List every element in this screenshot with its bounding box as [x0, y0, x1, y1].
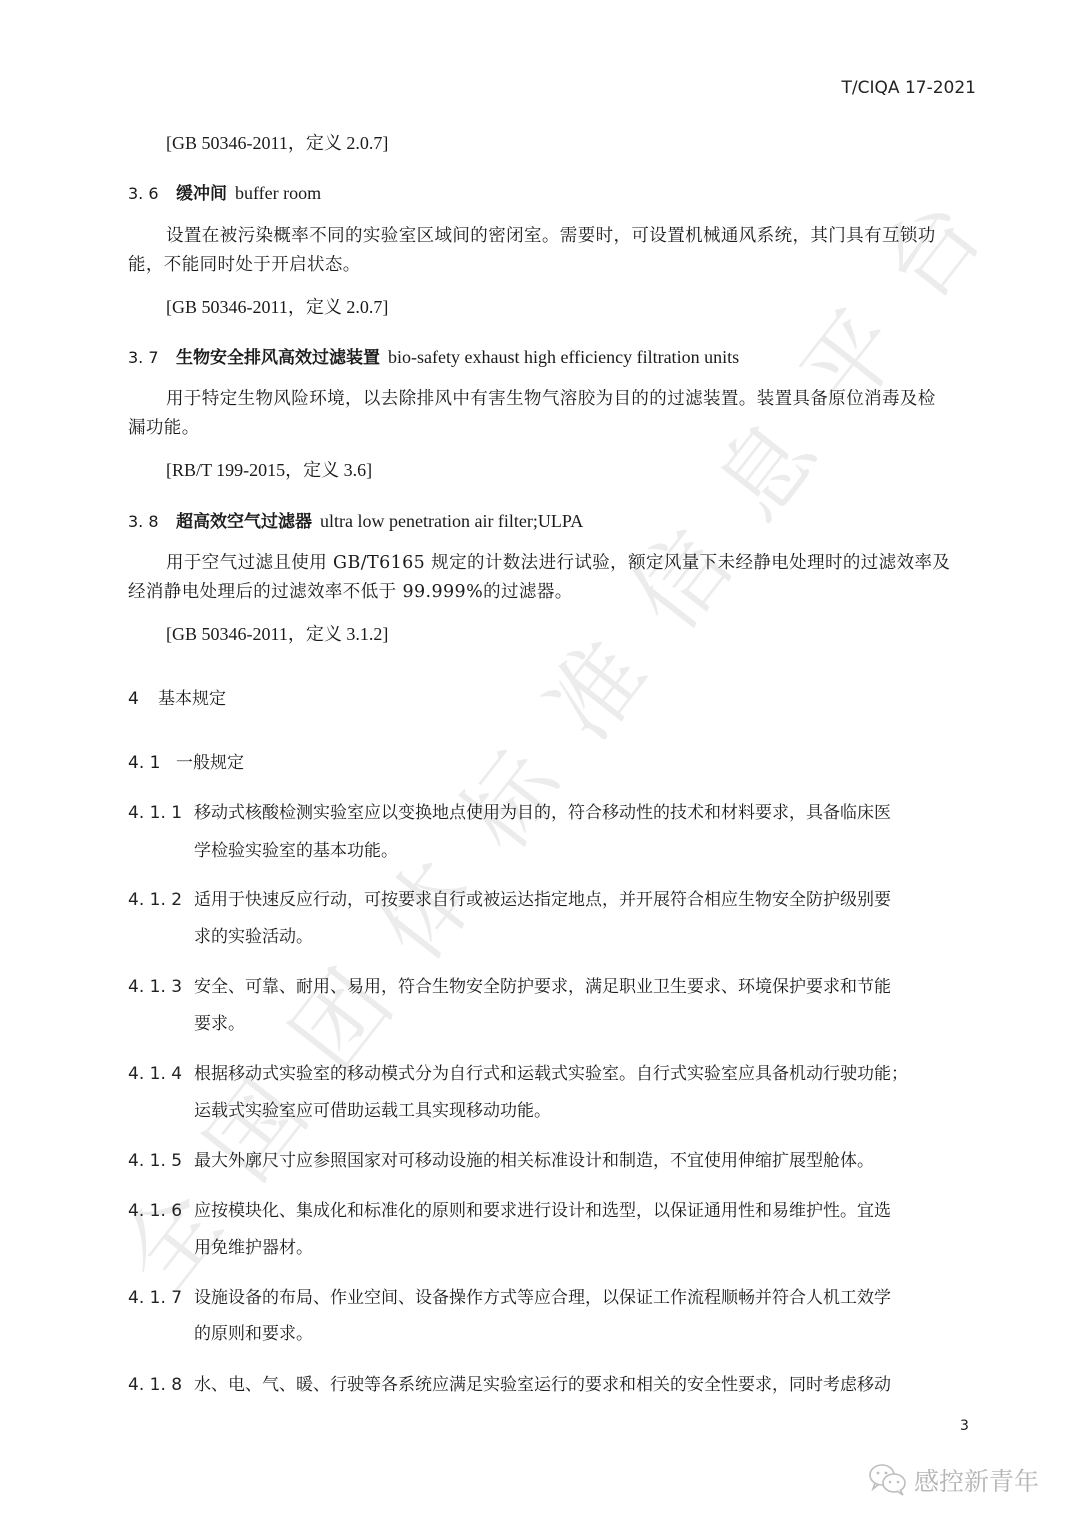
term-en: ultra low penetration air filter;ULPA: [320, 511, 583, 531]
definition-line: 用于空气过滤且使用 GB/T6165 规定的计数法进行试验，额定风量下未经静电处…: [166, 551, 950, 575]
clause-text: 应按模块化、集成化和标准化的原则和要求进行设计和选型，以保证通用性和易维护性。宜…: [194, 1201, 891, 1221]
watermark-char: 标: [426, 719, 587, 873]
clause-number: 4. 1. 8: [128, 1373, 194, 1397]
term-en: buffer room: [235, 183, 321, 203]
clause-text: 求的实验活动。: [194, 925, 313, 949]
definition-line: 经消静电处理后的过滤效率不低于 99.999%的过滤器。: [128, 580, 573, 604]
definition-line: 设置在被污染概率不同的实验室区域间的密闭室。需要时，可设置机械通风系统，其门具有…: [166, 224, 936, 248]
clause-text: 移动式核酸检测实验室应以变换地点使用为目的，符合移动性的技术和材料要求，具备临床…: [194, 803, 891, 823]
watermark-char: 准: [511, 609, 672, 763]
watermark-char: 息: [681, 389, 842, 543]
clause: 4. 1. 7设施设备的布局、作业空间、设备操作方式等应合理，以保证工作流程顺畅…: [128, 1286, 891, 1310]
clause: 4. 1. 4根据移动式实验室的移动模式分为自行式和运载式实验室。自行式实验室应…: [128, 1062, 908, 1086]
clause-text: 用免维护器材。: [194, 1236, 313, 1260]
clause-text: 的原则和要求。: [194, 1322, 313, 1346]
clause-text: 学检验实验室的基本功能。: [194, 839, 398, 863]
section-number: 4: [128, 687, 158, 711]
term-heading: 3. 8超高效空气过滤器ultra low penetration air fi…: [128, 509, 583, 534]
watermark-char: 信: [596, 499, 757, 653]
reference: [GB 50346-2011，定义 3.1.2]: [166, 622, 388, 646]
clause-text: 最大外廓尺寸应参照国家对可移动设施的相关标准设计和制造，不宜使用伸缩扩展型舱体。: [194, 1151, 874, 1171]
clause: 4. 1. 6应按模块化、集成化和标准化的原则和要求进行设计和选型，以保证通用性…: [128, 1199, 891, 1223]
clause-number: 4. 1. 1: [128, 801, 194, 825]
section-heading: 4基本规定: [128, 687, 226, 711]
clause-number: 4. 1. 6: [128, 1199, 194, 1223]
clause-number: 4. 1. 4: [128, 1062, 194, 1086]
subsection-title: 一般规定: [176, 753, 244, 773]
reference: [GB 50346-2011，定义 2.0.7]: [166, 131, 388, 155]
term-number: 3. 7: [128, 346, 176, 370]
definition-line: 用于特定生物风险环境，以去除排风中有害生物气溶胶为目的的过滤装置。装置具备原位消…: [166, 387, 936, 411]
brand-name: 感控新青年: [914, 1462, 1039, 1498]
definition-line: 漏功能。: [128, 416, 200, 440]
clause-text: 设施设备的布局、作业空间、设备操作方式等应合理，以保证工作流程顺畅并符合人机工效…: [194, 1288, 891, 1308]
term-en: bio-safety exhaust high efficiency filtr…: [388, 347, 739, 367]
clause: 4. 1. 5最大外廓尺寸应参照国家对可移动设施的相关标准设计和制造，不宜使用伸…: [128, 1149, 874, 1173]
clause: 4. 1. 2适用于快速反应行动，可按要求自行或被运达指定地点，并开展符合相应生…: [128, 888, 891, 912]
clause: 4. 1. 3安全、可靠、耐用、易用，符合生物安全防护要求，满足职业卫生要求、环…: [128, 975, 891, 999]
clause: 4. 1. 8水、电、气、暖、行驶等各系统应满足实验室运行的要求和相关的安全性要…: [128, 1373, 891, 1397]
clause-number: 4. 1. 7: [128, 1286, 194, 1310]
document-page: 全 国 团 体 标 准 信 息 平 台 T/CIQA 17-2021 [GB 5…: [0, 0, 1080, 1528]
clause-number: 4. 1. 3: [128, 975, 194, 999]
term-number: 3. 8: [128, 510, 176, 534]
definition-line: 能，不能同时处于开启状态。: [128, 253, 361, 277]
clause-text: 根据移动式实验室的移动模式分为自行式和运载式实验室。自行式实验室应具备机动行驶功…: [194, 1064, 908, 1084]
wechat-icon: [868, 1463, 908, 1497]
term-heading: 3. 7生物安全排风高效过滤装置bio-safety exhaust high …: [128, 345, 739, 370]
reference: [RB/T 199-2015，定义 3.6]: [166, 458, 372, 482]
subsection-heading: 4. 1一般规定: [128, 751, 244, 775]
term-zh: 超高效空气过滤器: [176, 512, 312, 532]
clause-text: 运载式实验室应可借助运载工具实现移动功能。: [194, 1099, 551, 1123]
clause: 4. 1. 1移动式核酸检测实验室应以变换地点使用为目的，符合移动性的技术和材料…: [128, 801, 891, 825]
clause-text: 水、电、气、暖、行驶等各系统应满足实验室运行的要求和相关的安全性要求，同时考虑移…: [194, 1375, 891, 1395]
brand-watermark: 感控新青年: [868, 1462, 1039, 1498]
term-zh: 生物安全排风高效过滤装置: [176, 348, 380, 368]
term-number: 3. 6: [128, 182, 176, 206]
clause-text: 适用于快速反应行动，可按要求自行或被运达指定地点，并开展符合相应生物安全防护级别…: [194, 890, 891, 910]
clause-text: 安全、可靠、耐用、易用，符合生物安全防护要求，满足职业卫生要求、环境保护要求和节…: [194, 977, 891, 997]
page-number: 3: [960, 1418, 969, 1434]
subsection-number: 4. 1: [128, 751, 176, 775]
clause-number: 4. 1. 2: [128, 888, 194, 912]
section-title: 基本规定: [158, 689, 226, 709]
standard-code: T/CIQA 17-2021: [842, 78, 976, 98]
term-zh: 缓冲间: [176, 184, 227, 204]
clause-text: 要求。: [194, 1012, 245, 1036]
clause-number: 4. 1. 5: [128, 1149, 194, 1173]
term-heading: 3. 6缓冲间buffer room: [128, 181, 321, 206]
reference: [GB 50346-2011，定义 2.0.7]: [166, 295, 388, 319]
